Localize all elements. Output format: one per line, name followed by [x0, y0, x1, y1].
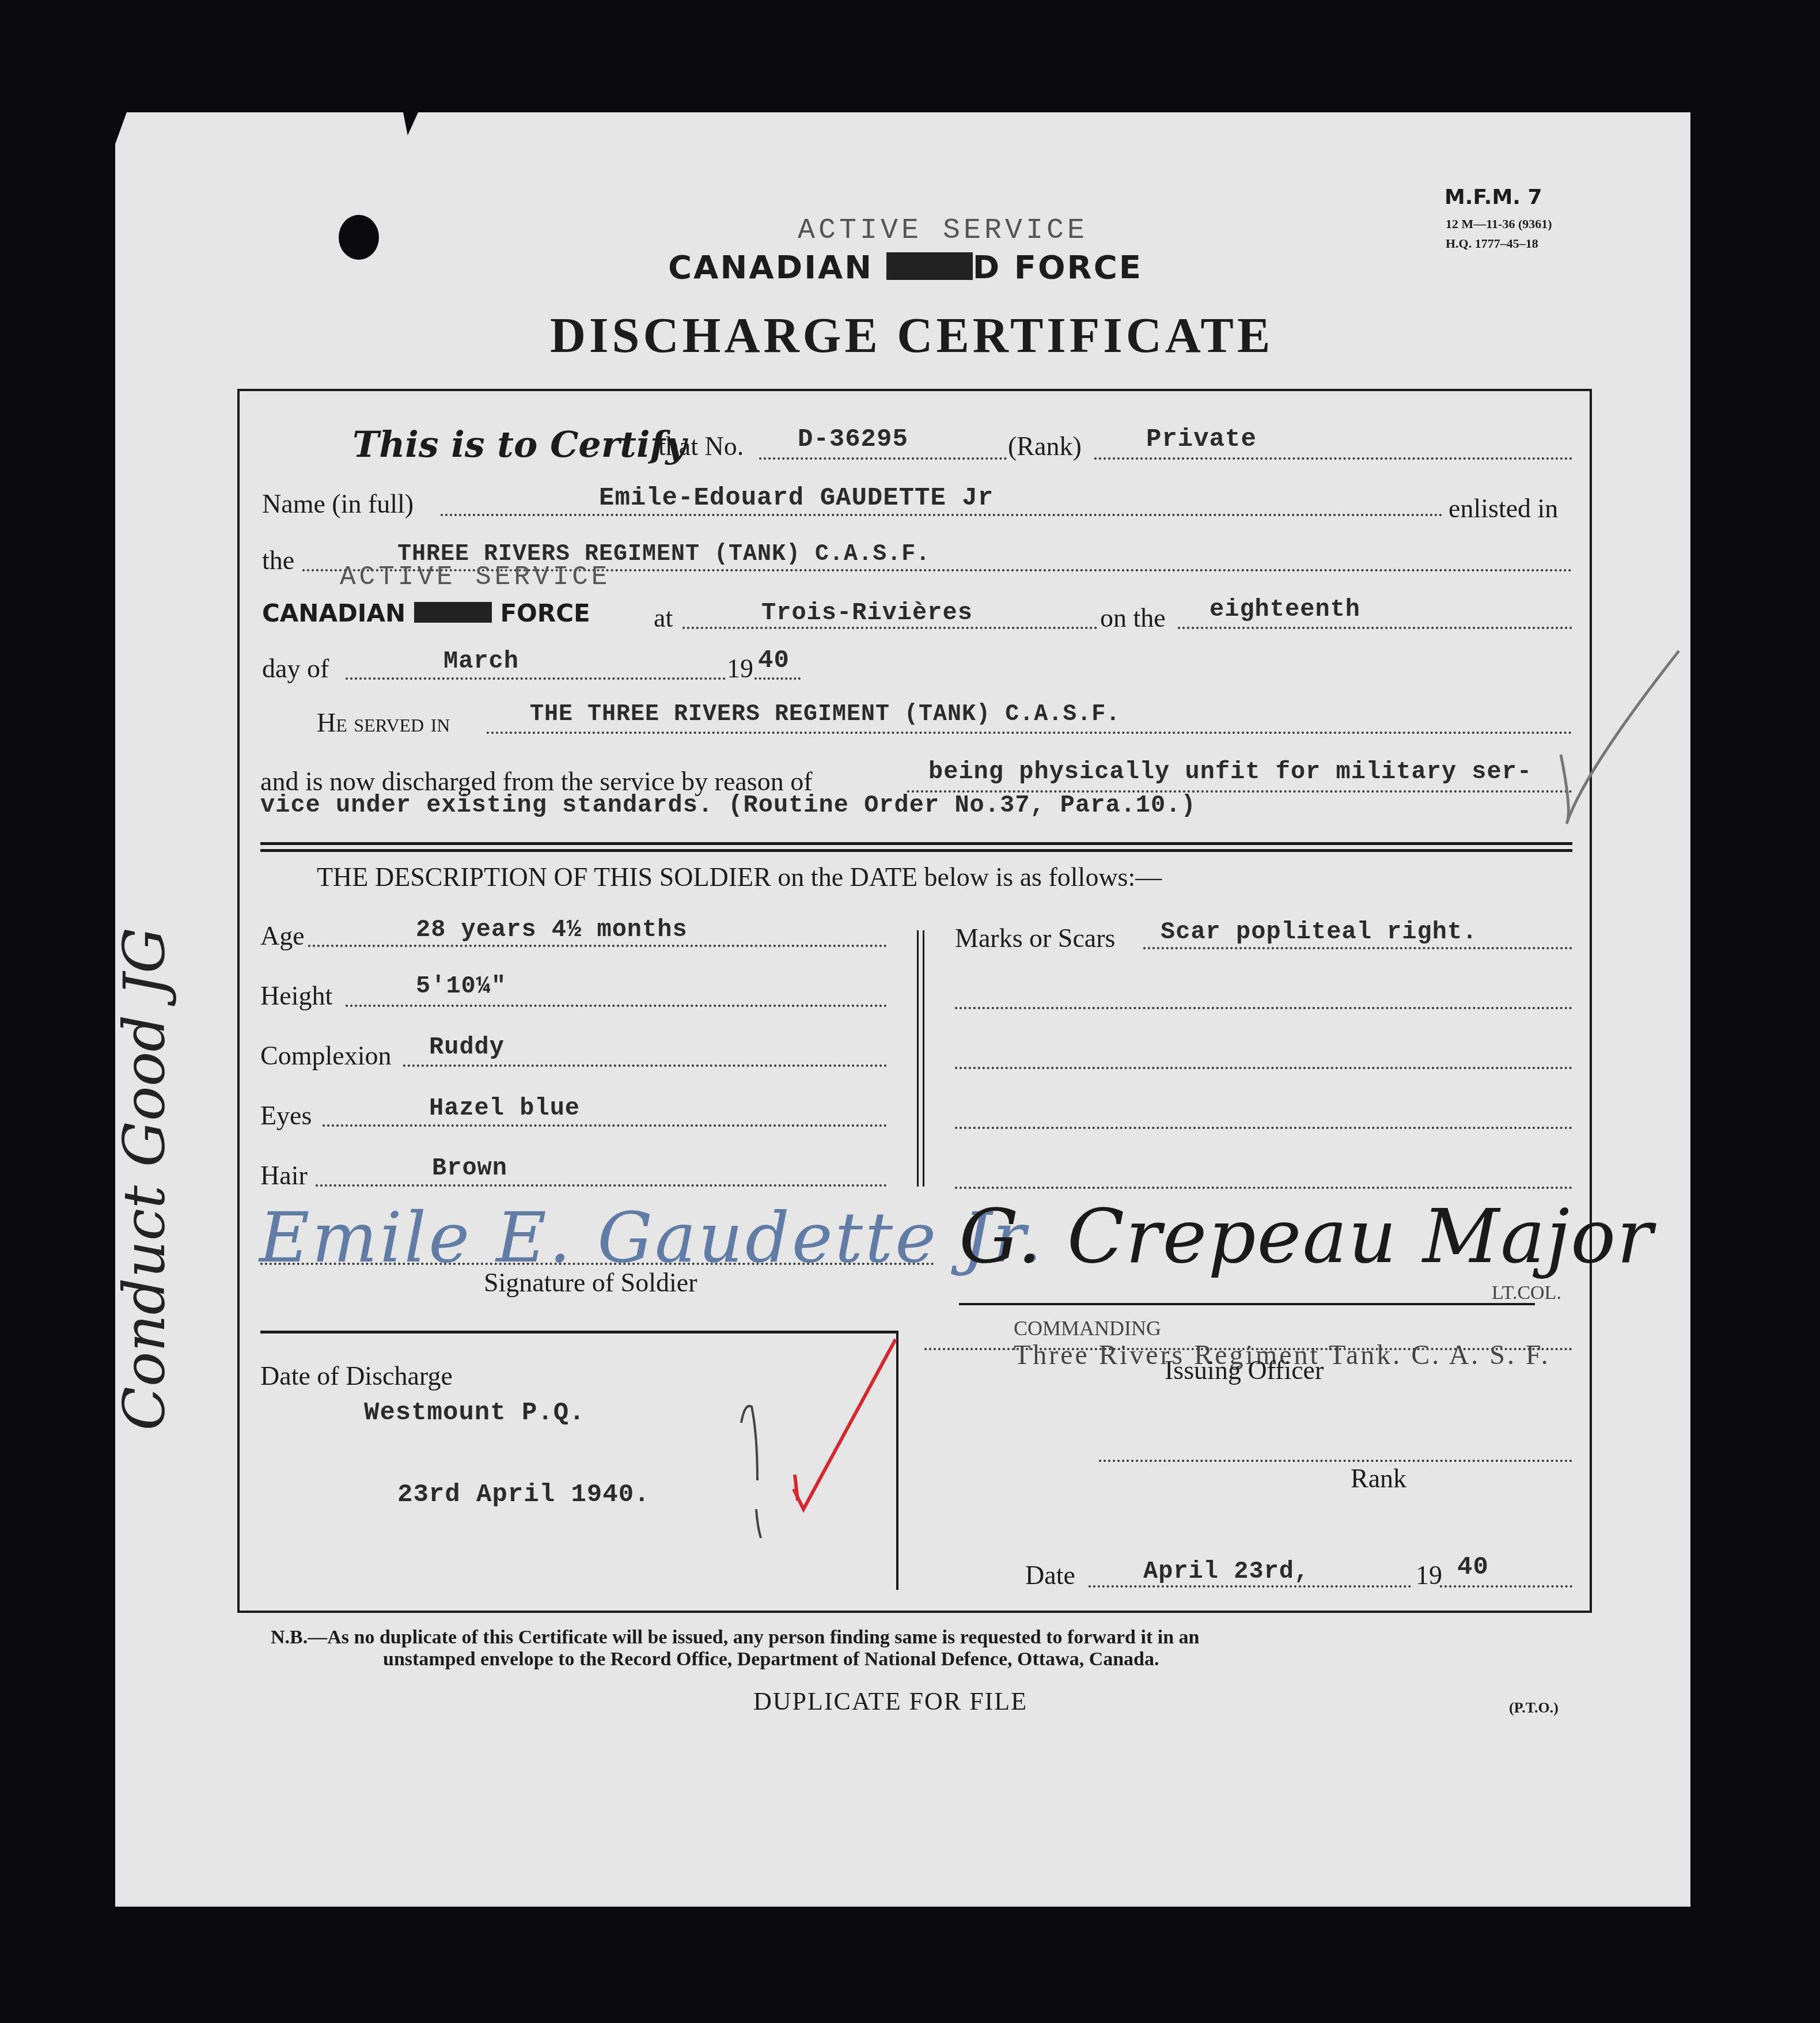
issue-year: 40	[1457, 1553, 1489, 1582]
discharge-box-top	[260, 1331, 898, 1333]
page-title: DISCHARGE CERTIFICATE	[550, 306, 1273, 364]
marks-line-3	[955, 1067, 1572, 1069]
soldier-signature: Emile E. Gaudette Jr.	[259, 1198, 1045, 1278]
served-label: He served in	[317, 707, 450, 738]
marks-label: Marks or Scars	[955, 923, 1116, 953]
pencil-check-mark	[1549, 639, 1688, 829]
enlistment-year: 40	[758, 646, 790, 675]
redaction-bar	[886, 252, 973, 280]
enlistment-month: March	[443, 647, 519, 675]
served-dotted-line	[487, 732, 1572, 734]
enlisted-label: enlisted in	[1449, 493, 1558, 524]
marks-line-2	[955, 1007, 1572, 1009]
description-heading: THE DESCRIPTION OF THIS SOLDIER on the D…	[317, 862, 1162, 892]
month-dotted-line	[346, 677, 726, 680]
punch-hole	[339, 215, 379, 260]
officer-signature: G. Crepeau Major	[959, 1192, 1654, 1280]
rank-label: (Rank)	[1008, 431, 1082, 461]
day-dotted-line	[1178, 627, 1572, 629]
redaction-bar-body	[414, 602, 492, 623]
name-dotted-line	[441, 514, 1443, 516]
officer-signature-line	[959, 1303, 1535, 1305]
issue-date-value: April 23rd,	[1143, 1558, 1309, 1585]
force-body: CANADIAN FORCE	[262, 599, 590, 627]
eyes-label: Eyes	[260, 1100, 312, 1131]
reason-line-1: being physically unfit for military ser-	[928, 758, 1532, 786]
at-label: at	[654, 603, 673, 633]
age-label: Age	[260, 920, 305, 951]
duplicate-for-file: DUPLICATE FOR FILE	[753, 1687, 1027, 1716]
full-name: Emile-Edouard GAUDETTE Jr	[599, 484, 994, 513]
force-heading: CANADIAN D FORCE	[668, 249, 1143, 286]
year-dotted-line	[754, 677, 801, 680]
enlistment-place: Trois-Rivières	[761, 599, 973, 627]
height-label: Height	[260, 980, 332, 1011]
margin-conduct-note: Conduct Good JG	[111, 1016, 178, 1431]
soldier-signature-label: Signature of Soldier	[484, 1267, 697, 1298]
service-number: D-36295	[798, 425, 908, 454]
form-print-ref: 12 M—11-36 (9361)	[1446, 217, 1552, 232]
issue-date-line	[1089, 1585, 1411, 1588]
section-rule-top	[260, 842, 1572, 845]
certify-intro: This is to Certify	[352, 423, 686, 465]
force-body-prefix: CANADIAN	[262, 599, 405, 627]
reason-line-2: vice under existing standards. (Routine …	[260, 791, 1196, 819]
place-dotted-line	[682, 627, 1097, 629]
officer-rank-stamp: LT.COL.	[1492, 1282, 1561, 1304]
margin-conduct-text: Conduct Good	[111, 1015, 178, 1431]
issue-year-prefix: 19	[1416, 1560, 1442, 1590]
no-dotted-line	[759, 457, 1007, 460]
the-label: the	[262, 545, 294, 575]
hair-dotted-line	[316, 1184, 887, 1187]
marks-dotted-line	[1143, 947, 1572, 949]
rank-value: Private	[1146, 425, 1257, 454]
hair-value: Brown	[432, 1154, 507, 1182]
complexion-label: Complexion	[260, 1040, 391, 1071]
rank-line	[1099, 1460, 1572, 1462]
form-hq-ref: H.Q. 1777–45–18	[1446, 236, 1538, 251]
issuing-officer-label: Issuing Officer	[1165, 1355, 1324, 1385]
footer-nb-line-2: unstamped envelope to the Record Office,…	[383, 1649, 1159, 1670]
year-prefix: 19	[727, 653, 753, 684]
section-rule-bottom	[260, 849, 1572, 852]
issue-year-line	[1440, 1585, 1572, 1588]
form-code: M.F.M. 7	[1444, 185, 1542, 209]
marks-line-4	[955, 1127, 1572, 1129]
rank-dotted-line	[1094, 457, 1572, 460]
rank-label-officer: Rank	[1351, 1463, 1406, 1494]
discharge-date-label: Date of Discharge	[260, 1361, 453, 1391]
age-dotted-line	[308, 945, 887, 947]
active-service-stamp-body: ACTIVE SERVICE	[340, 562, 611, 592]
complexion-value: Ruddy	[429, 1033, 505, 1061]
force-redacted-suffix: D	[973, 249, 1001, 286]
pto-label: (P.T.O.)	[1509, 1699, 1559, 1717]
margin-initials: JG	[111, 927, 178, 997]
name-label: Name (in full)	[262, 488, 414, 519]
discharge-date: 23rd April 1940.	[397, 1480, 650, 1509]
commanding-stamp: COMMANDING	[1014, 1316, 1161, 1340]
height-value: 5'10¼"	[416, 972, 506, 1000]
height-dotted-line	[346, 1005, 887, 1007]
age-value: 28 years 4½ months	[416, 916, 688, 944]
eyes-value: Hazel blue	[429, 1094, 580, 1122]
complexion-dotted-line	[403, 1064, 887, 1067]
column-divider-right	[923, 930, 924, 1187]
force-suffix: FORCE	[1014, 249, 1143, 286]
marks-line-5	[955, 1187, 1572, 1189]
on-the-label: on the	[1100, 603, 1166, 633]
no-label: that No.	[658, 431, 744, 461]
issue-date-label: Date	[1025, 1560, 1075, 1590]
marks-value: Scar popliteal right.	[1161, 918, 1477, 946]
pencil-mark	[734, 1400, 769, 1550]
footer-nb-line-1: N.B.—As no duplicate of this Certificate…	[271, 1627, 1200, 1649]
enlistment-day: eighteenth	[1209, 596, 1360, 623]
hair-label: Hair	[260, 1160, 308, 1191]
force-prefix: CANADIAN	[668, 249, 873, 286]
day-of-label: day of	[262, 653, 329, 684]
active-service-stamp: ACTIVE SERVICE	[798, 214, 1088, 247]
force-body-suffix: FORCE	[500, 599, 590, 627]
eyes-dotted-line	[323, 1124, 887, 1127]
column-divider-left	[917, 930, 919, 1187]
served-unit: THE THREE RIVERS REGIMENT (TANK) C.A.S.F…	[530, 702, 1120, 728]
discharge-place: Westmount P.Q.	[364, 1399, 585, 1427]
